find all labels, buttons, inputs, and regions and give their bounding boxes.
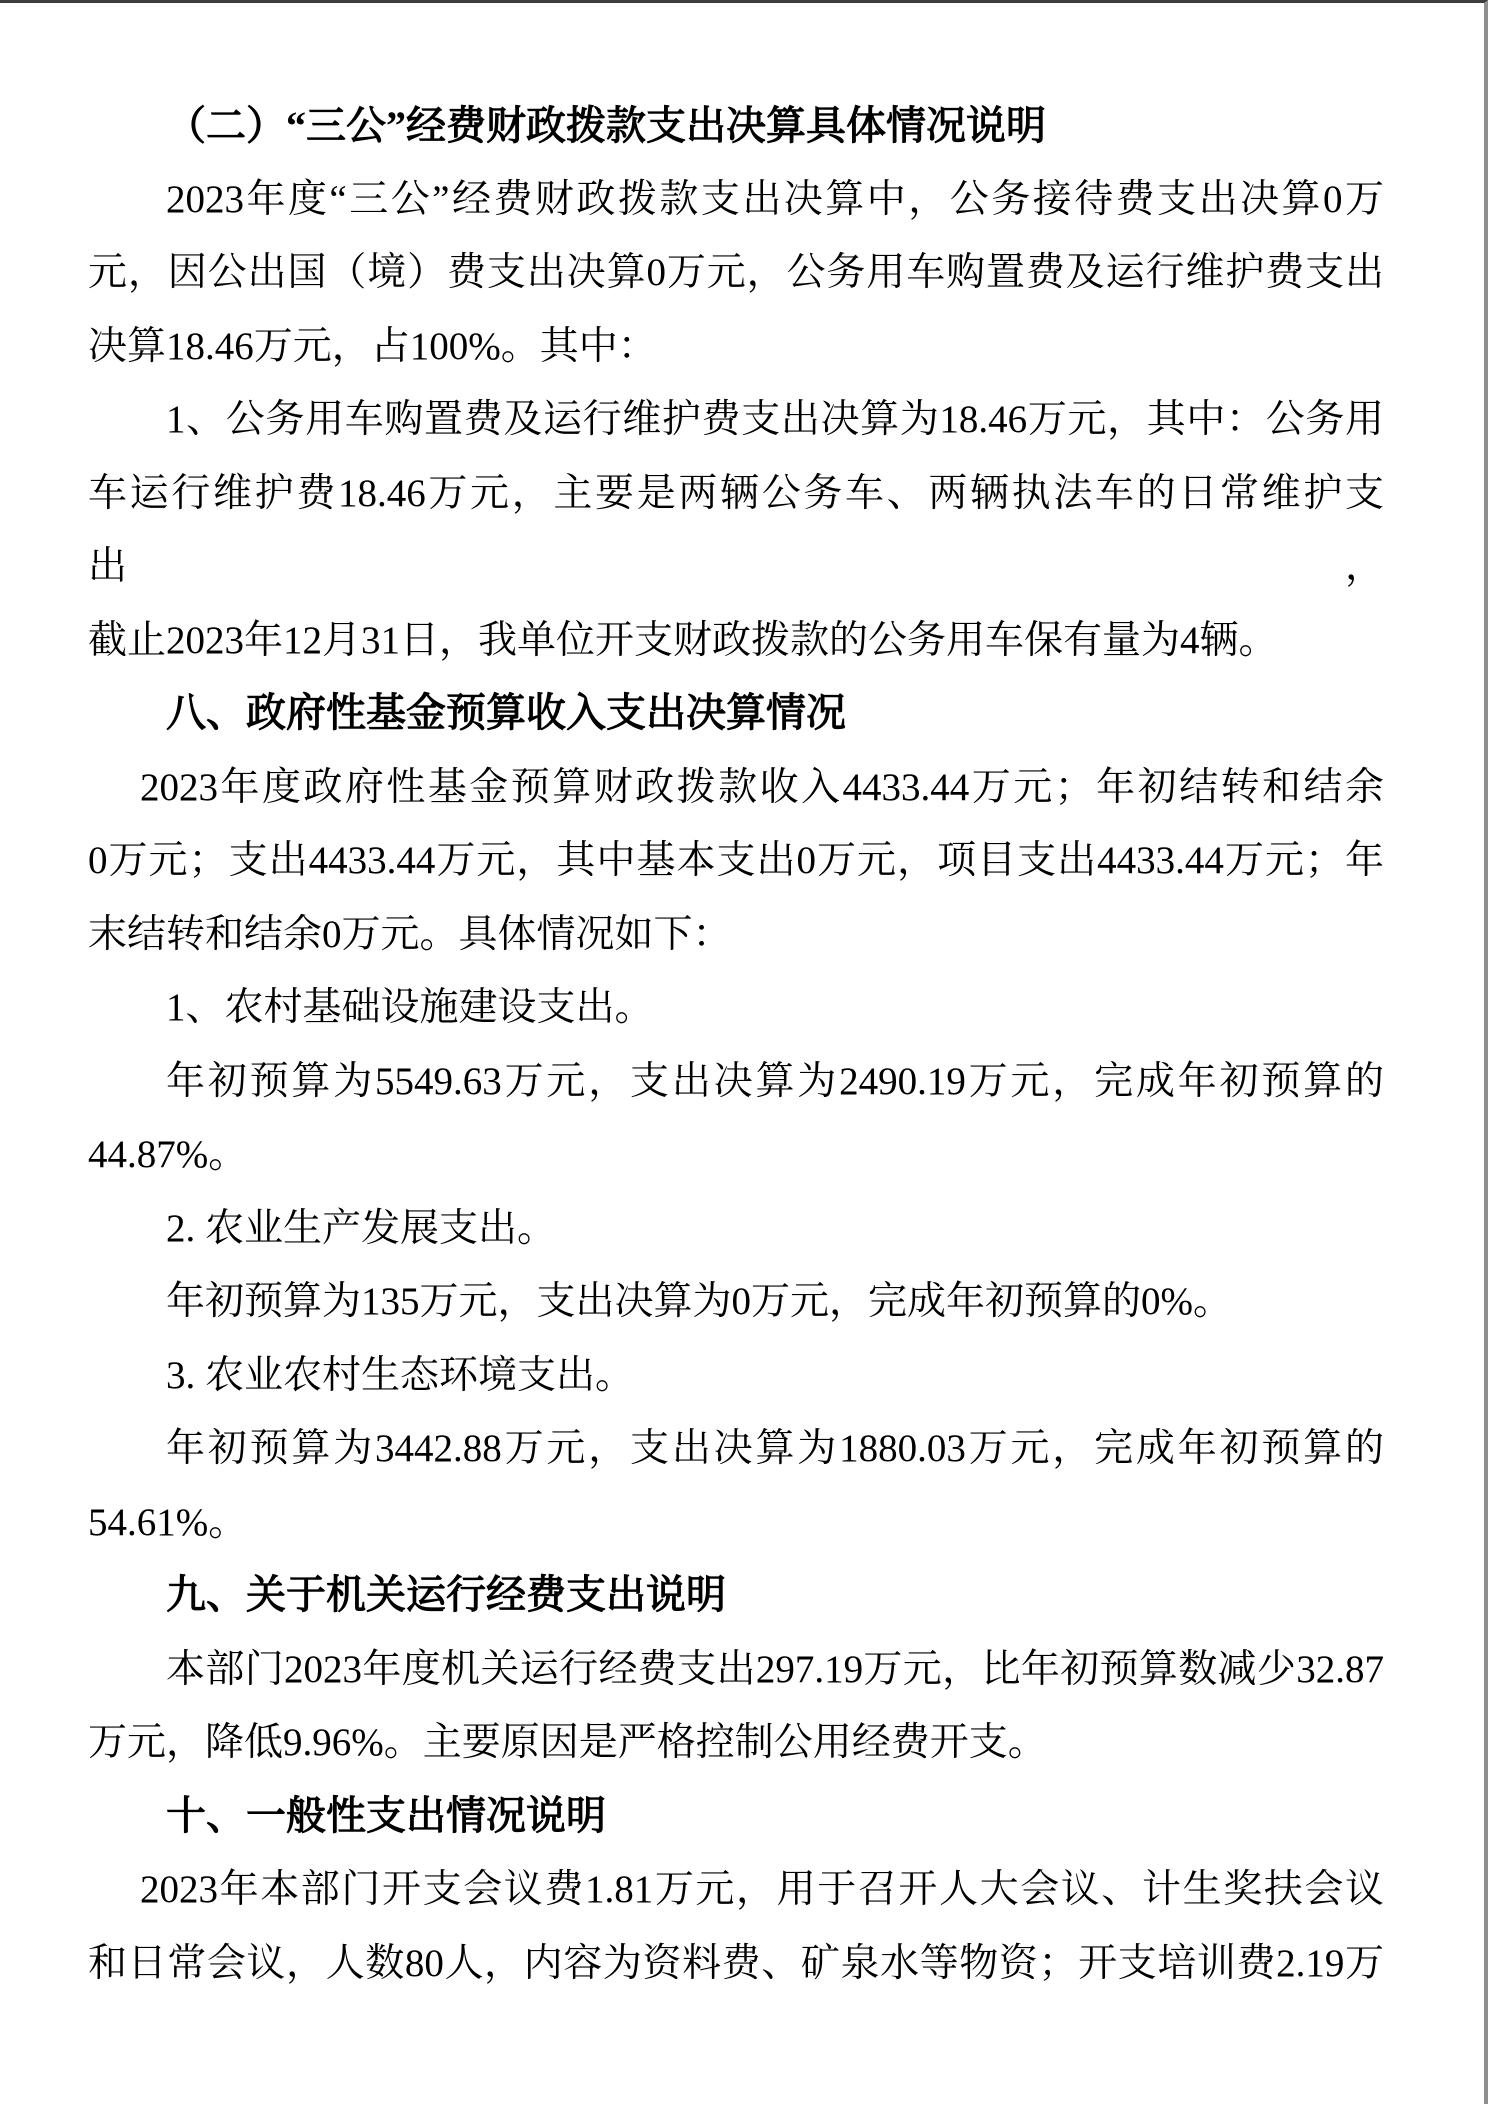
- text-line: 3. 农业农村生态环境支出。: [88, 1339, 1384, 1413]
- text-line: 和日常会议，人数80人，内容为资料费、矿泉水等物资；开支培训费2.19万: [88, 1927, 1384, 2001]
- text-line: 2023年本部门开支会议费1.81万元，用于召开人大会议、计生奖扶会议: [88, 1853, 1384, 1927]
- text-line: （二）“三公”经费财政拨款支出决算具体情况说明: [88, 89, 1384, 163]
- paragraph-sanGong-summary: 2023年度“三公”经费财政拨款支出决算中，公务接待费支出决算0万元，因公出国（…: [88, 163, 1384, 384]
- text-line: 54.61%。: [88, 1486, 1384, 1560]
- paragraph-general-expense-detail: 2023年本部门开支会议费1.81万元，用于召开人大会议、计生奖扶会议和日常会议…: [88, 1853, 1384, 2000]
- text-line: 元，因公出国（境）费支出决算0万元，公务用车购置费及运行维护费支出: [88, 236, 1384, 310]
- text-line: 年初预算为5549.63万元，支出决算为2490.19万元，完成年初预算的: [88, 1045, 1384, 1119]
- paragraph-heading-section-10: 十、一般性支出情况说明: [88, 1780, 1384, 1854]
- text-line: 0万元；支出4433.44万元，其中基本支出0万元，项目支出4433.44万元；…: [88, 824, 1384, 898]
- text-line: 末结转和结余0万元。具体情况如下：: [88, 898, 1384, 972]
- text-line: 万元，降低9.96%。主要原因是严格控制公用经费开支。: [88, 1706, 1384, 1780]
- text-line: 年初预算为3442.88万元，支出决算为1880.03万元，完成年初预算的: [88, 1412, 1384, 1486]
- paragraph-operating-cost-detail: 本部门2023年度机关运行经费支出297.19万元，比年初预算数减少32.87万…: [88, 1633, 1384, 1780]
- text-line: 截止2023年12月31日，我单位开支财政拨款的公务用车保有量为4辆。: [88, 604, 1384, 678]
- text-line: 年初预算为135万元，支出决算为0万元，完成年初预算的0%。: [88, 1265, 1384, 1339]
- text-line: 车运行维护费18.46万元，主要是两辆公务车、两辆执法车的日常维护支出，: [88, 457, 1384, 604]
- paragraph-vehicle-detail: 1、公务用车购置费及运行维护费支出决算为18.46万元，其中：公务用车运行维护费…: [88, 383, 1384, 677]
- text-line: 1、公务用车购置费及运行维护费支出决算为18.46万元，其中：公务用: [88, 383, 1384, 457]
- paragraph-govFund-summary: 2023年度政府性基金预算财政拨款收入4433.44万元；年初结转和结余0万元；…: [88, 751, 1384, 972]
- text-line: 2. 农业生产发展支出。: [88, 1192, 1384, 1266]
- document-page: （二）“三公”经费财政拨款支出决算具体情况说明2023年度“三公”经费财政拨款支…: [0, 0, 1488, 2104]
- text-line: 九、关于机关运行经费支出说明: [88, 1559, 1384, 1633]
- paragraph-heading-section-9: 九、关于机关运行经费支出说明: [88, 1559, 1384, 1633]
- paragraph-item-3-detail: 年初预算为3442.88万元，支出决算为1880.03万元，完成年初预算的54.…: [88, 1412, 1384, 1559]
- text-line: 十、一般性支出情况说明: [88, 1780, 1384, 1854]
- document-body: （二）“三公”经费财政拨款支出决算具体情况说明2023年度“三公”经费财政拨款支…: [0, 3, 1488, 2000]
- paragraph-heading-section-8: 八、政府性基金预算收入支出决算情况: [88, 677, 1384, 751]
- text-line: 44.87%。: [88, 1118, 1384, 1192]
- paragraph-item-2-detail: 年初预算为135万元，支出决算为0万元，完成年初预算的0%。: [88, 1265, 1384, 1339]
- paragraph-item-1-detail: 年初预算为5549.63万元，支出决算为2490.19万元，完成年初预算的44.…: [88, 1045, 1384, 1192]
- paragraph-item-1-title: 1、农村基础设施建设支出。: [88, 971, 1384, 1045]
- text-line: 2023年度“三公”经费财政拨款支出决算中，公务接待费支出决算0万: [88, 163, 1384, 237]
- text-line: 2023年度政府性基金预算财政拨款收入4433.44万元；年初结转和结余: [88, 751, 1384, 825]
- paragraph-item-3-title: 3. 农业农村生态环境支出。: [88, 1339, 1384, 1413]
- text-line: 本部门2023年度机关运行经费支出297.19万元，比年初预算数减少32.87: [88, 1633, 1384, 1707]
- paragraph-item-2-title: 2. 农业生产发展支出。: [88, 1192, 1384, 1266]
- paragraph-heading-sanGong-detail: （二）“三公”经费财政拨款支出决算具体情况说明: [88, 89, 1384, 163]
- text-line: 1、农村基础设施建设支出。: [88, 971, 1384, 1045]
- text-line: 决算18.46万元，占100%。其中：: [88, 310, 1384, 384]
- text-line: 八、政府性基金预算收入支出决算情况: [88, 677, 1384, 751]
